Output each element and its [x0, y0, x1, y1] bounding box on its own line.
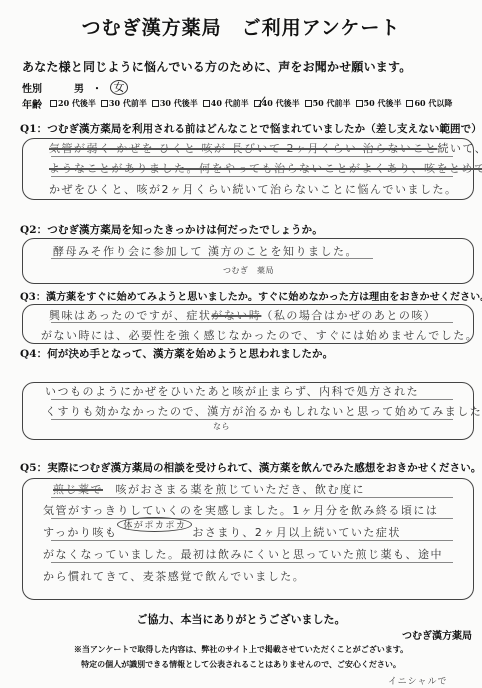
answer-box-1[interactable]: 気管が弱く かぜを ひくと 咳が 長びいて 2ヶ月くらい 治らないこと続いて、 …: [22, 138, 474, 200]
age-row: 年齢 20 代後半 30 代前半 30 代後半 40 代前半 40 代後半 50…: [22, 96, 457, 111]
age-option-label: 40 代前半: [211, 98, 249, 109]
answer-box-5[interactable]: 煎じ薬で 咳がおさまる薬を煎じていただき、飲む度に 気管がすっきりしていくのを実…: [22, 478, 474, 600]
answer-line: 気管がすっきりしていくのを実感しました。1ヶ月分を飲み終る頃には: [43, 502, 438, 518]
survey-page: つむぎ漢方薬局 ご利用アンケート あなた様と同じように悩んでいる方のために、声を…: [0, 0, 482, 688]
gender-row: 性別 男 ・ 女: [22, 80, 128, 95]
answer-box-4[interactable]: いつものようにかぜをひいたあと咳が止まらず、内科で処方された くすりも効かなかっ…: [22, 382, 474, 440]
ruled-line: [51, 518, 453, 519]
answer-insert: なら: [213, 421, 230, 432]
question-3: Q3：漢方薬をすぐに始めてみようと思いましたか。すぐに始めなかった方は理由をおき…: [20, 288, 482, 303]
age-option-label: 20 代後半: [58, 98, 96, 109]
question-2: Q2：つむぎ漢方薬局を知ったきっかけは何だったでしょうか。: [20, 222, 323, 237]
answer-line: 興味はあったのですが、症状がない時（私の場合はかぜのあとの咳）: [49, 307, 436, 323]
answer-box-3[interactable]: 興味はあったのですが、症状がない時（私の場合はかぜのあとの咳） がない時には、必…: [22, 304, 474, 344]
age-option-30s-early[interactable]: 30 代前半: [101, 98, 147, 109]
ruled-line: [51, 176, 453, 177]
checkbox[interactable]: [305, 100, 312, 107]
age-option-50s-early[interactable]: 50 代前半: [305, 98, 351, 109]
age-option-label: 60 代以降: [414, 98, 452, 109]
ruled-line: [51, 399, 453, 400]
answer-line: すっかり咳も体がポカポカおさまり、2ヶ月以上続いていた症状: [43, 524, 401, 540]
question-5: Q5：実際につむぎ漢方薬局の相談を受けられて、漢方薬を飲んでみた感想をおきかせく…: [20, 460, 481, 475]
question-4: Q4：何が決め手となって、漢方薬を始めようと思われましたか。: [20, 346, 333, 361]
answer-line: かぜをひくと、咳が2ヶ月くらい続いて治らないことに悩んでいました。: [49, 181, 458, 197]
checkbox[interactable]: [101, 100, 108, 107]
handwritten-initial-note: イニシャルで: [388, 674, 447, 687]
age-option-60s-plus[interactable]: 60 代以降: [406, 98, 452, 109]
gender-separator: ・: [92, 80, 102, 95]
ruled-line: [51, 156, 453, 157]
checkbox[interactable]: [406, 100, 413, 107]
answer-insert: つむぎ 薬局: [223, 265, 274, 276]
age-option-40s-early[interactable]: 40 代前半: [203, 98, 249, 109]
ruled-line: [51, 540, 453, 541]
age-option-20s-late[interactable]: 20 代後半: [50, 98, 96, 109]
checkbox[interactable]: [356, 100, 363, 107]
age-option-label: 40 代後半: [262, 98, 300, 109]
age-option-50s-late[interactable]: 50 代後半: [356, 98, 402, 109]
intro-text: あなた様と同じように悩んでいる方のために、声をお聞かせ願います。: [22, 58, 411, 75]
inserted-bubble: 体がポカポカ: [117, 517, 192, 532]
gender-option-male[interactable]: 男: [74, 80, 84, 95]
answer-line: から慣れてきて、麦茶感覚で飲んでいました。: [43, 568, 305, 584]
age-option-40s-late[interactable]: 40 代後半: [254, 98, 300, 109]
answer-line: いつものようにかぜをひいたあと咳が止まらず、内科で処方された: [45, 383, 419, 399]
age-option-label: 30 代前半: [109, 98, 147, 109]
gender-option-female-circled[interactable]: 女: [110, 80, 128, 95]
checkbox[interactable]: [50, 100, 57, 107]
answer-line: がない時には、必要性を強く感じなかったので、すぐには始めませんでした。: [41, 327, 478, 343]
ruled-line: [51, 562, 453, 563]
gender-label: 性別: [22, 80, 62, 95]
checkbox[interactable]: [203, 100, 210, 107]
answer-line-struck: ようなことがありました。何をやっても治らないことがよくあり、咳をとめて: [49, 160, 482, 176]
age-option-label: 30 代後半: [160, 98, 198, 109]
age-option-label: 50 代前半: [313, 98, 351, 109]
ruled-line: [51, 497, 453, 498]
question-1: Q1：つむぎ漢方薬局を利用される前はどんなことで悩まれていましたか（差し支えない…: [20, 121, 482, 136]
checkbox-checked[interactable]: [254, 100, 261, 107]
checkbox[interactable]: [152, 100, 159, 107]
answer-line: くすりも効かなかったので、漢方が治るかもしれないと思って始めてみました。: [45, 403, 482, 419]
answer-box-2[interactable]: 酵母みそ作り会に参加して 漢方のことを知りました。 つむぎ 薬局: [22, 238, 474, 284]
answer-line: 酵母みそ作り会に参加して 漢方のことを知りました。: [53, 243, 358, 259]
disclaimer-line-1: ※当アンケートで取得した内容は、弊社のサイト上で掲載させていただくことがございま…: [0, 644, 482, 655]
disclaimer-line-2: 特定の個人が識別できる情報として公表されることはありませんので、ご安心ください。: [0, 659, 482, 670]
page-title: つむぎ漢方薬局 ご利用アンケート: [0, 13, 482, 40]
age-label: 年齢: [22, 96, 50, 111]
answer-line: 煎じ薬で 咳がおさまる薬を煎じていただき、飲む度に: [53, 481, 365, 497]
answer-line: 気管が弱く かぜを ひくと 咳が 長びいて 2ヶ月くらい 治らないこと続いて、: [49, 140, 482, 156]
shop-name: つむぎ漢方薬局: [402, 627, 472, 642]
thanks-message: ご協力、本当にありがとうございました。: [0, 611, 482, 627]
ruled-line: [51, 419, 453, 420]
age-option-30s-late[interactable]: 30 代後半: [152, 98, 198, 109]
answer-line: がなくなっていました。最初は飲みにくいと思っていた煎じ薬も、途中: [43, 546, 443, 562]
age-option-label: 50 代後半: [364, 98, 402, 109]
